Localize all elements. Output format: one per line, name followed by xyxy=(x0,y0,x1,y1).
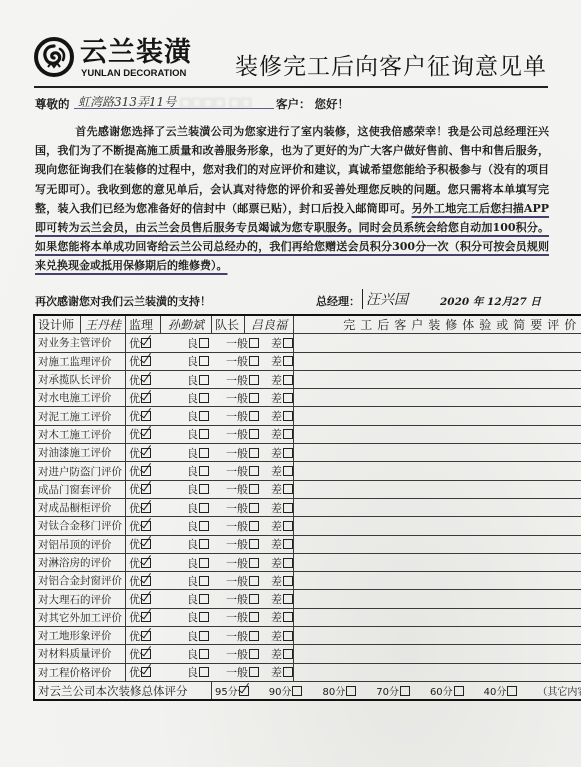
rating-option-label: 优 xyxy=(129,591,140,607)
rating-option[interactable]: 差 xyxy=(259,390,293,406)
rating-option-label: 良 xyxy=(187,390,198,406)
checked-checkbox-icon[interactable] xyxy=(141,375,151,385)
rating-option-label: 差 xyxy=(271,353,282,369)
checkbox-icon[interactable] xyxy=(249,576,259,586)
rating-option[interactable]: 一般 xyxy=(209,445,259,461)
greeting-suffix: 客户： 您好！ xyxy=(276,96,349,112)
score-option-label: 80分 xyxy=(322,683,345,698)
rating-option[interactable]: 良 xyxy=(167,518,209,534)
table-row: 对进户防盗门评价优良一般差 xyxy=(34,462,581,480)
review-comment-field[interactable] xyxy=(294,462,581,480)
table-row: 对铝合金封窗评价优良一般差 xyxy=(34,572,581,590)
review-comment-field[interactable] xyxy=(294,480,581,498)
checkbox-icon[interactable] xyxy=(199,338,209,348)
rating-option[interactable]: 优 xyxy=(126,591,167,607)
rating-option-label: 一般 xyxy=(226,353,248,369)
rating-option[interactable]: 一般 xyxy=(209,335,259,351)
rating-option[interactable]: 优 xyxy=(126,372,167,388)
score-option-label: 90分 xyxy=(269,683,292,698)
rating-option[interactable]: 良 xyxy=(167,628,209,644)
score-option[interactable]: 70分 xyxy=(376,683,420,698)
evaluation-item-label: 对承揽队长评价 xyxy=(34,370,126,388)
rating-option[interactable]: 差 xyxy=(259,591,293,607)
rating-option[interactable]: 一般 xyxy=(209,426,259,442)
rating-option[interactable]: 优 xyxy=(126,518,167,534)
rating-option[interactable]: 一般 xyxy=(209,390,259,406)
checked-checkbox-icon[interactable] xyxy=(141,411,151,421)
review-comment-field[interactable] xyxy=(294,535,581,553)
rating-option[interactable]: 优 xyxy=(126,555,167,571)
rating-option[interactable]: 差 xyxy=(259,628,293,644)
rating-options: 优良一般差 xyxy=(126,535,294,553)
checkbox-icon[interactable] xyxy=(199,503,209,513)
checkbox-icon[interactable] xyxy=(249,375,259,385)
rating-option[interactable]: 差 xyxy=(259,463,293,479)
evaluation-item-label: 对成品橱柜评价 xyxy=(34,498,126,516)
checkbox-icon[interactable] xyxy=(283,393,293,403)
rating-option[interactable]: 差 xyxy=(259,372,293,388)
rating-option-label: 一般 xyxy=(226,591,248,607)
rating-option[interactable]: 优 xyxy=(126,353,167,369)
rating-option[interactable]: 一般 xyxy=(209,536,259,552)
rating-option-label: 差 xyxy=(271,646,282,662)
rating-option[interactable]: 优 xyxy=(126,628,167,644)
checkbox-icon[interactable] xyxy=(346,686,356,696)
checkbox-icon[interactable] xyxy=(199,466,209,476)
checked-checkbox-icon[interactable] xyxy=(141,393,151,403)
checkbox-icon[interactable] xyxy=(249,448,259,458)
evaluation-item-label: 对泥工施工评价 xyxy=(34,407,126,425)
rating-option-label: 良 xyxy=(187,353,198,369)
rating-option[interactable]: 差 xyxy=(259,573,293,589)
rating-option-label: 优 xyxy=(129,390,140,406)
checkbox-icon[interactable] xyxy=(283,338,293,348)
checkbox-icon[interactable] xyxy=(283,612,293,622)
checkbox-icon[interactable] xyxy=(199,649,209,659)
checkbox-icon[interactable] xyxy=(283,667,293,677)
evaluation-item-label: 对工程价格评价 xyxy=(34,663,126,681)
rating-option-label: 优 xyxy=(129,500,140,516)
rating-option[interactable]: 良 xyxy=(167,481,209,497)
rating-option-label: 差 xyxy=(271,628,282,644)
evaluation-item-label: 对淋浴房的评价 xyxy=(34,553,126,571)
review-comment-field[interactable] xyxy=(294,352,581,370)
rating-option-label: 优 xyxy=(129,481,140,497)
rating-option-label: 良 xyxy=(187,463,198,479)
rating-option[interactable]: 良 xyxy=(167,390,209,406)
rating-option-label: 优 xyxy=(129,372,140,388)
rating-option-label: 差 xyxy=(271,591,282,607)
review-comment-field[interactable] xyxy=(294,553,581,571)
rating-option-label: 差 xyxy=(271,463,282,479)
rating-options: 优良一般差 xyxy=(126,645,294,663)
checkbox-icon[interactable] xyxy=(283,576,293,586)
checked-checkbox-icon[interactable] xyxy=(141,484,151,494)
checkbox-icon[interactable] xyxy=(249,594,259,604)
rating-option-label: 良 xyxy=(187,408,198,424)
checkbox-icon[interactable] xyxy=(249,393,259,403)
rating-option[interactable]: 一般 xyxy=(209,609,259,625)
rating-option[interactable]: 一般 xyxy=(209,518,259,534)
score-option[interactable]: 80分 xyxy=(322,683,366,698)
rating-option[interactable]: 差 xyxy=(259,555,293,571)
checkbox-icon[interactable] xyxy=(249,429,259,439)
rating-option[interactable]: 一般 xyxy=(209,372,259,388)
checkbox-icon[interactable] xyxy=(400,686,410,696)
checked-checkbox-icon[interactable] xyxy=(141,466,151,476)
checkbox-icon[interactable] xyxy=(283,503,293,513)
foreman-name-field[interactable]: 吕良福 xyxy=(245,315,294,334)
checkbox-icon[interactable] xyxy=(283,649,293,659)
rating-option-label: 差 xyxy=(271,335,282,351)
checked-checkbox-icon[interactable] xyxy=(141,558,151,568)
rating-option-label: 良 xyxy=(187,372,198,388)
review-comment-field[interactable] xyxy=(294,370,581,388)
evaluation-item-label: 对木工施工评价 xyxy=(34,425,126,443)
checked-checkbox-icon[interactable] xyxy=(239,686,249,696)
rating-option-label: 优 xyxy=(129,518,140,534)
checkbox-icon[interactable] xyxy=(283,631,293,641)
review-comment-field[interactable] xyxy=(294,425,581,443)
review-comment-field[interactable] xyxy=(294,517,581,535)
rating-option[interactable]: 一般 xyxy=(209,481,259,497)
review-comment-field[interactable] xyxy=(294,389,581,407)
feedback-form-page: 云兰装潢 YUNLAN DECORATION 装修完工后向客户征询意见单 尊敬的… xyxy=(0,0,581,767)
letter-body: 首先感谢您选择了云兰装潢公司为您家进行了室内装修，这使我倍感荣幸！我是公司总经理… xyxy=(35,122,549,276)
checkbox-icon[interactable] xyxy=(283,539,293,549)
rating-option[interactable]: 优 xyxy=(126,500,167,516)
checkbox-icon[interactable] xyxy=(249,521,259,531)
checked-checkbox-icon[interactable] xyxy=(141,356,151,366)
review-comment-field[interactable] xyxy=(294,663,581,681)
checkbox-icon[interactable] xyxy=(199,448,209,458)
rating-option[interactable]: 良 xyxy=(167,536,209,552)
rating-option[interactable]: 一般 xyxy=(209,500,259,516)
rating-option[interactable]: 优 xyxy=(126,536,167,552)
rating-option-label: 差 xyxy=(271,664,282,680)
customer-address-redacted: □□□□ □□ xyxy=(180,95,252,109)
checkbox-icon[interactable] xyxy=(249,356,259,366)
rating-option[interactable]: 良 xyxy=(167,646,209,662)
review-column-header: 完工后客户装修体验或简要评价 xyxy=(294,315,581,334)
checked-checkbox-icon[interactable] xyxy=(141,521,151,531)
rating-option[interactable]: 优 xyxy=(126,408,167,424)
rating-option-label: 良 xyxy=(187,664,198,680)
rating-option[interactable]: 优 xyxy=(126,646,167,662)
checkbox-icon[interactable] xyxy=(292,686,302,696)
review-comment-field[interactable] xyxy=(294,444,581,462)
checked-checkbox-icon[interactable] xyxy=(141,667,151,677)
rating-options: 优良一般差 xyxy=(126,444,294,462)
rating-option[interactable]: 一般 xyxy=(209,646,259,662)
rating-options: 优良一般差 xyxy=(126,352,294,370)
checkbox-icon[interactable] xyxy=(199,429,209,439)
score-option[interactable]: 90分 xyxy=(269,683,313,698)
rating-option[interactable]: 优 xyxy=(126,390,167,406)
rating-option[interactable]: 良 xyxy=(167,609,209,625)
rating-option-label: 良 xyxy=(187,445,198,461)
checkbox-icon[interactable] xyxy=(283,429,293,439)
rating-option[interactable]: 一般 xyxy=(209,628,259,644)
checked-checkbox-icon[interactable] xyxy=(141,612,151,622)
checkbox-icon[interactable] xyxy=(199,356,209,366)
checkbox-icon[interactable] xyxy=(199,576,209,586)
rating-option[interactable]: 良 xyxy=(167,335,209,351)
customer-address-handwritten: 虹湾路313弄11号 xyxy=(78,95,176,109)
checkbox-icon[interactable] xyxy=(199,558,209,568)
checkbox-icon[interactable] xyxy=(249,558,259,568)
rating-options: 优良一般差 xyxy=(126,608,294,626)
evaluation-item-label: 对钛合金移门评价 xyxy=(34,517,126,535)
rating-option[interactable]: 良 xyxy=(167,463,209,479)
checked-checkbox-icon[interactable] xyxy=(141,539,151,549)
general-manager-label: 总经理： xyxy=(316,293,360,309)
checkbox-icon[interactable] xyxy=(507,686,517,696)
checkbox-icon[interactable] xyxy=(454,686,464,696)
rating-option[interactable]: 良 xyxy=(167,408,209,424)
rating-options: 优良一般差 xyxy=(126,389,294,407)
see-back-page-note: （其它内容见背页） xyxy=(537,683,581,698)
checked-checkbox-icon[interactable] xyxy=(141,649,151,659)
checkbox-icon[interactable] xyxy=(199,667,209,677)
checked-checkbox-icon[interactable] xyxy=(141,576,151,586)
checked-checkbox-icon[interactable] xyxy=(141,338,151,348)
score-option[interactable]: 40分 xyxy=(484,683,528,698)
rating-option[interactable]: 优 xyxy=(126,463,167,479)
rating-option[interactable]: 优 xyxy=(126,609,167,625)
rating-option[interactable]: 良 xyxy=(167,353,209,369)
rating-option[interactable]: 一般 xyxy=(209,408,259,424)
rating-option[interactable]: 一般 xyxy=(209,353,259,369)
rating-options: 优良一般差 xyxy=(126,572,294,590)
table-row: 对钛合金移门评价优良一般差 xyxy=(34,517,581,535)
checkbox-icon[interactable] xyxy=(249,466,259,476)
designer-name-field[interactable]: 王丹桂 xyxy=(80,315,125,334)
checkbox-icon[interactable] xyxy=(249,631,259,641)
checkbox-icon[interactable] xyxy=(283,448,293,458)
checkbox-icon[interactable] xyxy=(199,521,209,531)
rating-option[interactable]: 一般 xyxy=(209,463,259,479)
rating-option-label: 良 xyxy=(187,555,198,571)
review-comment-field[interactable] xyxy=(294,590,581,608)
score-option-label: 70分 xyxy=(376,683,399,698)
table-row: 对水电施工评价优良一般差 xyxy=(34,389,581,407)
header-divider xyxy=(34,86,548,88)
rating-option-label: 一般 xyxy=(226,426,248,442)
rating-options: 优良一般差 xyxy=(126,553,294,571)
rating-option[interactable]: 良 xyxy=(167,426,209,442)
table-row: 对木工施工评价优良一般差 xyxy=(34,425,581,443)
checkbox-icon[interactable] xyxy=(199,631,209,641)
rating-option-label: 差 xyxy=(271,445,282,461)
checkbox-icon[interactable] xyxy=(249,484,259,494)
score-option-label: 60分 xyxy=(430,683,453,698)
rating-option[interactable]: 一般 xyxy=(209,573,259,589)
rating-option[interactable]: 良 xyxy=(167,555,209,571)
supervisor-name-field[interactable]: 孙勤斌 xyxy=(161,315,212,334)
evaluation-item-label: 对大理石的评价 xyxy=(34,590,126,608)
rating-option[interactable]: 一般 xyxy=(209,591,259,607)
checkbox-icon[interactable] xyxy=(199,393,209,403)
evaluation-item-label: 对其它外加工评价 xyxy=(34,608,126,626)
checkbox-icon[interactable] xyxy=(199,539,209,549)
checkbox-icon[interactable] xyxy=(283,521,293,531)
evaluation-table: 设计师 王丹桂 监理 孙勤斌 队长 吕良福 完工后客户装修体验或简要评价 对业务… xyxy=(33,314,581,701)
checkbox-icon[interactable] xyxy=(199,612,209,622)
foreman-label: 队长 xyxy=(212,315,245,334)
signature-date: 2020 年 12月27 日 xyxy=(440,294,541,309)
rating-option-label: 优 xyxy=(129,555,140,571)
rating-option[interactable]: 差 xyxy=(259,500,293,516)
overall-score-row: 对云兰公司本次装修总体评分 95分90分80分70分60分40分（其它内容见背页… xyxy=(34,681,581,700)
rating-option[interactable]: 差 xyxy=(259,426,293,442)
rating-option[interactable]: 差 xyxy=(259,536,293,552)
score-option-label: 95分 xyxy=(215,683,238,698)
evaluation-rows: 对业务主管评价优良一般差对施工监理评价优良一般差对承揽队长评价优良一般差对水电施… xyxy=(34,334,581,682)
checkbox-icon[interactable] xyxy=(249,503,259,513)
rating-options: 优良一般差 xyxy=(126,480,294,498)
checkbox-icon[interactable] xyxy=(249,411,259,421)
rating-option[interactable]: 差 xyxy=(259,609,293,625)
table-row: 对成品橱柜评价优良一般差 xyxy=(34,498,581,516)
evaluation-item-label: 对进户防盗门评价 xyxy=(34,462,126,480)
rating-option-label: 优 xyxy=(129,573,140,589)
checkbox-icon[interactable] xyxy=(283,558,293,568)
rating-option[interactable]: 一般 xyxy=(209,664,259,680)
rating-option-label: 一般 xyxy=(226,408,248,424)
evaluation-item-label: 对施工监理评价 xyxy=(34,352,126,370)
checkbox-icon[interactable] xyxy=(249,612,259,622)
supervisor-label: 监理 xyxy=(126,315,161,334)
rating-option[interactable]: 差 xyxy=(259,445,293,461)
score-option[interactable]: 95分 xyxy=(215,683,259,698)
checkbox-icon[interactable] xyxy=(283,594,293,604)
rating-option-label: 良 xyxy=(187,573,198,589)
rating-option[interactable]: 优 xyxy=(126,664,167,680)
checkbox-icon[interactable] xyxy=(249,649,259,659)
checked-checkbox-icon[interactable] xyxy=(141,503,151,513)
evaluation-item-label: 对铝合金封窗评价 xyxy=(34,572,126,590)
checkbox-icon[interactable] xyxy=(283,484,293,494)
checkbox-icon[interactable] xyxy=(249,667,259,677)
review-comment-field[interactable] xyxy=(294,498,581,516)
rating-option[interactable]: 差 xyxy=(259,408,293,424)
review-comment-field[interactable] xyxy=(294,572,581,590)
checked-checkbox-icon[interactable] xyxy=(141,594,151,604)
checkbox-icon[interactable] xyxy=(283,356,293,366)
rating-option-label: 良 xyxy=(187,500,198,516)
evaluation-item-label: 成品门窗套评价 xyxy=(34,480,126,498)
rating-option-label: 一般 xyxy=(226,555,248,571)
rating-option[interactable]: 优 xyxy=(126,426,167,442)
checkbox-icon[interactable] xyxy=(283,411,293,421)
document-title: 装修完工后向客户征询意见单 xyxy=(235,48,547,81)
checked-checkbox-icon[interactable] xyxy=(141,631,151,641)
rating-option[interactable]: 良 xyxy=(167,445,209,461)
rating-option-label: 差 xyxy=(271,573,282,589)
rating-option-label: 差 xyxy=(271,536,282,552)
table-row: 对淋浴房的评价优良一般差 xyxy=(34,553,581,571)
rating-option-label: 一般 xyxy=(226,463,248,479)
rating-option-label: 良 xyxy=(187,481,198,497)
rating-option[interactable]: 优 xyxy=(126,335,167,351)
rating-options: 优良一般差 xyxy=(126,462,294,480)
rating-option-label: 优 xyxy=(129,628,140,644)
rating-option[interactable]: 良 xyxy=(167,372,209,388)
checkbox-icon[interactable] xyxy=(199,484,209,494)
rating-option[interactable]: 差 xyxy=(259,518,293,534)
table-row: 对油漆施工评价优良一般差 xyxy=(34,444,581,462)
rating-option[interactable]: 良 xyxy=(167,664,209,680)
rating-options: 优良一般差 xyxy=(126,663,294,681)
checkbox-icon[interactable] xyxy=(199,375,209,385)
rating-option[interactable]: 优 xyxy=(126,481,167,497)
evaluation-item-label: 对业务主管评价 xyxy=(34,334,126,352)
review-comment-field[interactable] xyxy=(294,627,581,645)
score-option[interactable]: 60分 xyxy=(430,683,474,698)
checkbox-icon[interactable] xyxy=(249,539,259,549)
review-comment-field[interactable] xyxy=(294,407,581,425)
rating-option[interactable]: 良 xyxy=(167,573,209,589)
checkbox-icon[interactable] xyxy=(249,338,259,348)
rating-option-label: 优 xyxy=(129,445,140,461)
checkbox-icon[interactable] xyxy=(283,375,293,385)
customer-address-field[interactable]: 虹湾路313弄11号 □□□□ □□ xyxy=(74,93,274,109)
rating-option[interactable]: 差 xyxy=(259,646,293,662)
rating-option-label: 优 xyxy=(129,609,140,625)
rating-option-label: 良 xyxy=(187,609,198,625)
rating-option-label: 一般 xyxy=(226,536,248,552)
rating-option[interactable]: 良 xyxy=(167,591,209,607)
rating-option-label: 一般 xyxy=(226,518,248,534)
rating-option[interactable]: 差 xyxy=(259,481,293,497)
review-comment-field[interactable] xyxy=(294,334,581,352)
table-row: 对其它外加工评价优良一般差 xyxy=(34,608,581,626)
rating-option[interactable]: 优 xyxy=(126,573,167,589)
rating-option[interactable]: 差 xyxy=(259,664,293,680)
rating-option-label: 一般 xyxy=(226,481,248,497)
rating-option[interactable]: 优 xyxy=(126,445,167,461)
rating-option-label: 优 xyxy=(129,353,140,369)
rating-option-label: 优 xyxy=(129,536,140,552)
checked-checkbox-icon[interactable] xyxy=(141,429,151,439)
table-row: 对施工监理评价优良一般差 xyxy=(34,352,581,370)
rating-option-label: 优 xyxy=(129,335,140,351)
rating-options: 优良一般差 xyxy=(126,407,294,425)
table-row: 对铝吊顶的评价优良一般差 xyxy=(34,535,581,553)
table-row: 对工程价格评价优良一般差 xyxy=(34,663,581,681)
rating-option-label: 一般 xyxy=(226,500,248,516)
rating-option[interactable]: 良 xyxy=(167,500,209,516)
evaluation-item-label: 对油漆施工评价 xyxy=(34,444,126,462)
rating-option[interactable]: 一般 xyxy=(209,555,259,571)
checkbox-icon[interactable] xyxy=(199,411,209,421)
rating-option[interactable]: 差 xyxy=(259,335,293,351)
rating-option-label: 差 xyxy=(271,426,282,442)
review-comment-field[interactable] xyxy=(294,608,581,626)
review-comment-field[interactable] xyxy=(294,645,581,663)
rating-options: 优良一般差 xyxy=(126,590,294,608)
checkbox-icon[interactable] xyxy=(199,594,209,604)
rating-option[interactable]: 差 xyxy=(259,353,293,369)
checkbox-icon[interactable] xyxy=(283,466,293,476)
brand-name-chinese: 云兰装潢 xyxy=(80,38,192,68)
rating-options: 优良一般差 xyxy=(126,517,294,535)
rating-option-label: 差 xyxy=(271,555,282,571)
rating-option-label: 一般 xyxy=(226,646,248,662)
rating-option-label: 良 xyxy=(187,536,198,552)
checked-checkbox-icon[interactable] xyxy=(141,448,151,458)
